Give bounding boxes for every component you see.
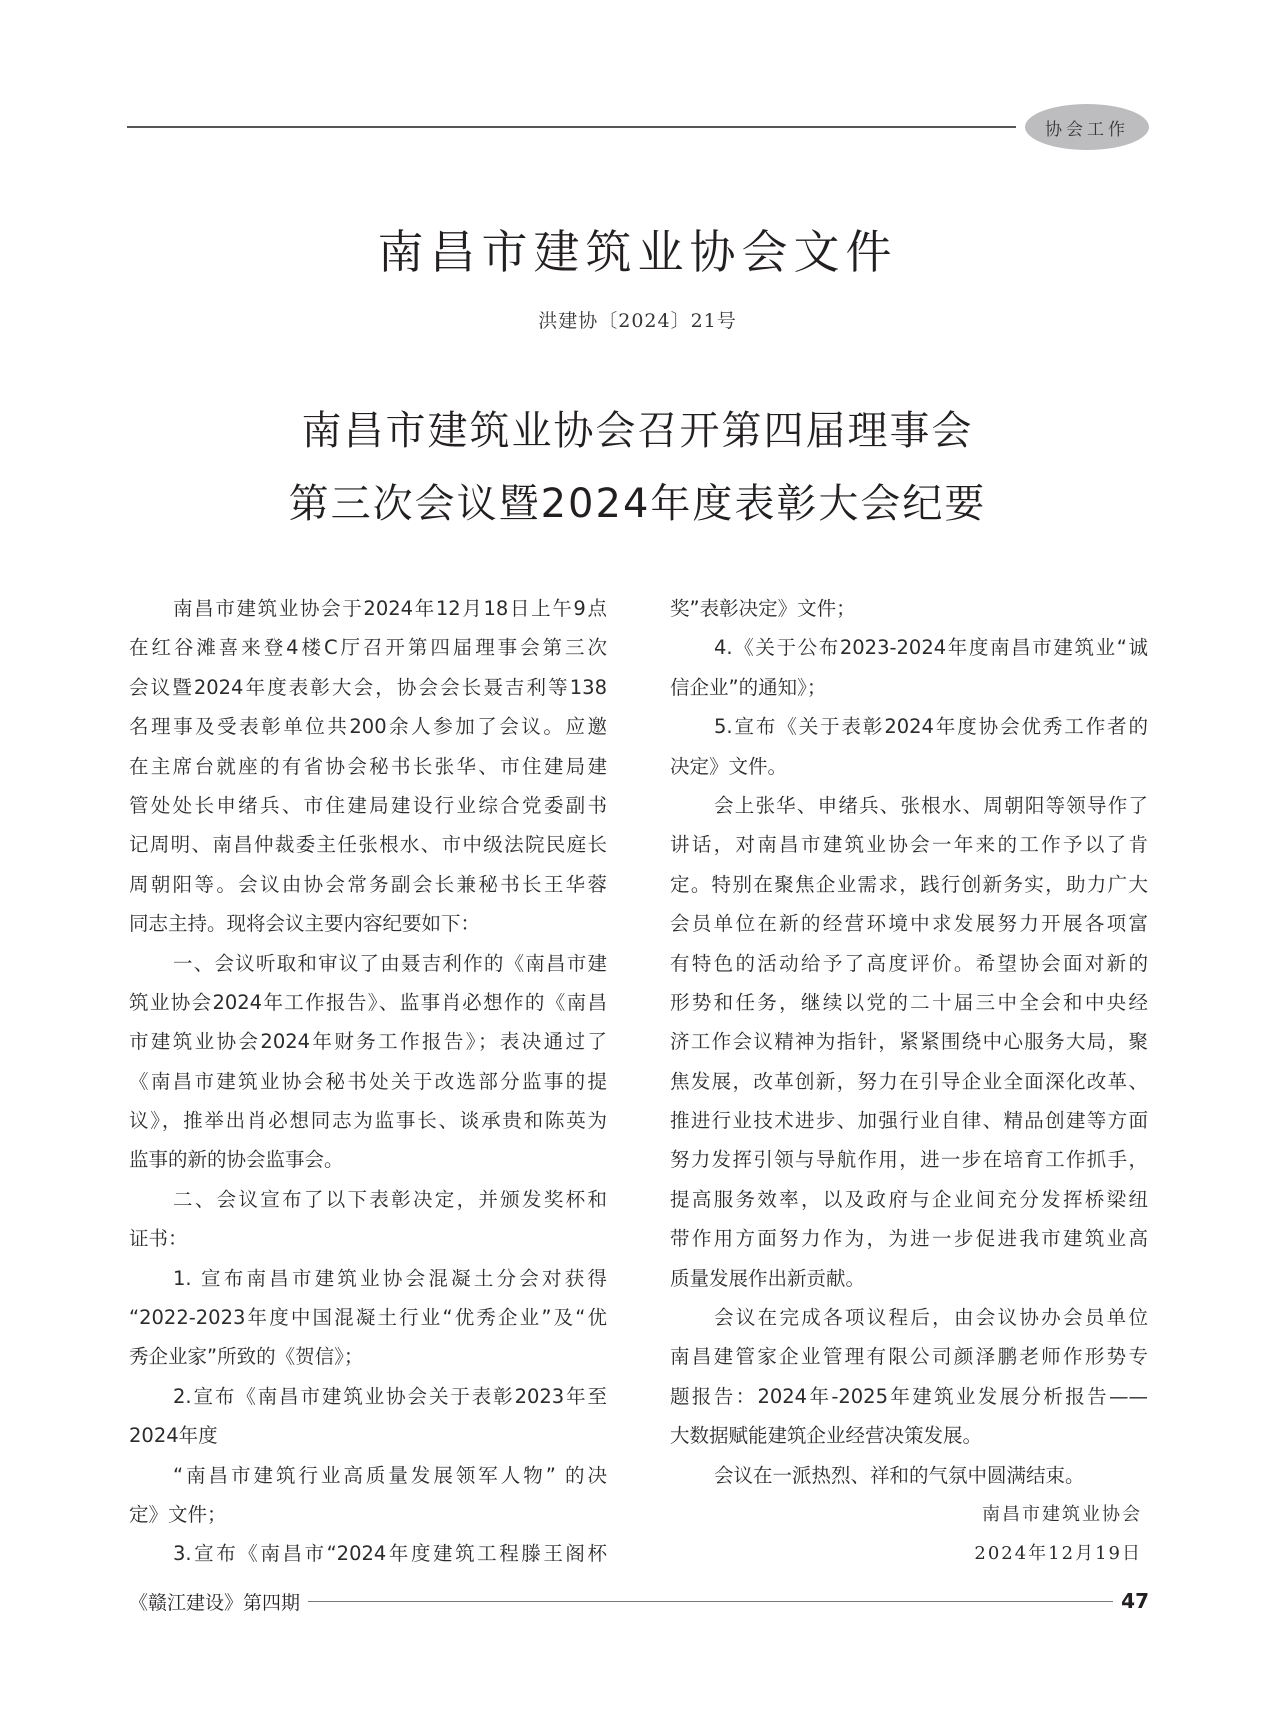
body-line: 会议暨2024年度表彰大会，协会会长聂吉利等138 [129, 668, 607, 707]
body-line: 在红谷滩喜来登4楼C厅召开第四届理事会第三次 [129, 628, 607, 667]
body-line: 定》文件； [129, 1495, 607, 1534]
body-line: 1. 宣布南昌市建筑业协会混凝土分会对获得 [129, 1259, 607, 1298]
body-line: 2024年度 [129, 1416, 607, 1455]
body-line: 提高服务效率，以及政府与企业间充分发挥桥梁纽 [670, 1180, 1148, 1219]
header-rule [127, 126, 1016, 128]
body-line: 2.宣布《南昌市建筑业协会关于表彰2023年至 [129, 1377, 607, 1416]
body-line: 会议在完成各项议程后，由会议协办会员单位 [670, 1298, 1148, 1337]
body-line: 会上张华、申绪兵、张根水、周朝阳等领导作了 [670, 786, 1148, 825]
body-line: 记周明、南昌仲裁委主任张根水、市中级法院民庭长 [129, 825, 607, 864]
body-line: 信企业”的通知》； [670, 668, 1148, 707]
headline-line-1: 南昌市建筑业协会召开第四届理事会 [0, 395, 1275, 468]
body-line: 会议在一派热烈、祥和的气氛中圆满结束。 [670, 1456, 1148, 1495]
page-number: 47 [1121, 1589, 1149, 1613]
body-line: 努力发挥引领与导航作用，进一步在培育工作抓手， [670, 1140, 1148, 1179]
page-footer: 《赣江建设》第四期 47 [129, 1586, 1149, 1616]
signature-date: 2024年12月19日 [670, 1534, 1148, 1573]
body-line: 质量发展作出新贡献。 [670, 1259, 1148, 1298]
body-line: 大数据赋能建筑企业经营决策发展。 [670, 1416, 1148, 1455]
body-line: 4.《关于公布2023-2024年度南昌市建筑业“诚 [670, 628, 1148, 667]
body-line: 一、会议听取和审议了由聂吉利作的《南昌市建 [129, 944, 607, 983]
body-line: 奖”表彰决定》文件； [670, 589, 1148, 628]
body-column-right: 奖”表彰决定》文件；4.《关于公布2023-2024年度南昌市建筑业“诚信企业”… [670, 589, 1148, 1574]
headline-line-2: 第三次会议暨2024年度表彰大会纪要 [0, 468, 1275, 541]
footer-rule [308, 1601, 1113, 1602]
section-label: 协会工作 [1045, 115, 1129, 140]
body-line: 《南昌市建筑业协会秘书处关于改选部分监事的提 [129, 1062, 607, 1101]
section-badge: 协会工作 [1025, 104, 1149, 150]
body-line: 3.宣布《南昌市“2024年度建筑工程滕王阁杯 [129, 1534, 607, 1573]
body-line: 在主席台就座的有省协会秘书长张华、市住建局建 [129, 747, 607, 786]
body-line: 秀企业家”所致的《贺信》； [129, 1337, 607, 1376]
body-line: 筑业协会2024年工作报告》、监事肖必想作的《南昌 [129, 983, 607, 1022]
body-line: 名理事及受表彰单位共200余人参加了会议。应邀 [129, 707, 607, 746]
body-line: 南昌市建筑业协会于2024年12月18日上午9点 [129, 589, 607, 628]
doc-number: 洪建协〔2024〕21号 [0, 306, 1275, 333]
body-line: “南昌市建筑行业高质量发展领军人物” 的决 [129, 1456, 607, 1495]
body-line: 会员单位在新的经营环境中求发展努力开展各项富 [670, 904, 1148, 943]
body-line: 济工作会议精神为指针，紧紧围绕中心服务大局，聚 [670, 1022, 1148, 1061]
body-line: 定。特别在聚焦企业需求，践行创新务实，助力广大 [670, 865, 1148, 904]
body-line: 监事的新的协会监事会。 [129, 1140, 607, 1179]
issuer-title: 南昌市建筑业协会文件 [0, 222, 1275, 282]
body-line: 带作用方面努力作为，为进一步促进我市建筑业高 [670, 1219, 1148, 1258]
body-line: 市建筑业协会2024年财务工作报告》；表决通过了 [129, 1022, 607, 1061]
body-line: 有特色的活动给予了高度评价。希望协会面对新的 [670, 944, 1148, 983]
body-column-left: 南昌市建筑业协会于2024年12月18日上午9点在红谷滩喜来登4楼C厅召开第四届… [129, 589, 607, 1574]
journal-name: 《赣江建设》第四期 [129, 1588, 300, 1615]
body-line: 二、会议宣布了以下表彰决定，并颁发奖杯和 [129, 1180, 607, 1219]
signature-organization: 南昌市建筑业协会 [670, 1495, 1148, 1534]
body-line: 议》，推举出肖必想同志为监事长、谈承贵和陈英为 [129, 1101, 607, 1140]
body-line: 证书： [129, 1219, 607, 1258]
body-line: 推进行业技术进步、加强行业自律、精品创建等方面 [670, 1101, 1148, 1140]
body-line: “2022-2023年度中国混凝土行业“优秀企业”及“优 [129, 1298, 607, 1337]
body-line: 焦发展，改革创新，努力在引导企业全面深化改革、 [670, 1062, 1148, 1101]
body-line: 讲话，对南昌市建筑业协会一年来的工作予以了肯 [670, 825, 1148, 864]
body-line: 同志主持。现将会议主要内容纪要如下： [129, 904, 607, 943]
body-line: 决定》文件。 [670, 747, 1148, 786]
body-line: 形势和任务，继续以党的二十届三中全会和中央经 [670, 983, 1148, 1022]
body-line: 周朝阳等。会议由协会常务副会长兼秘书长王华蓉 [129, 865, 607, 904]
body-line: 管处处长申绪兵、市住建局建设行业综合党委副书 [129, 786, 607, 825]
body-line: 南昌建管家企业管理有限公司颜泽鹏老师作形势专 [670, 1337, 1148, 1376]
article-headline: 南昌市建筑业协会召开第四届理事会 第三次会议暨2024年度表彰大会纪要 [0, 395, 1275, 541]
body-line: 5.宣布《关于表彰2024年度协会优秀工作者的 [670, 707, 1148, 746]
body-line: 题报告：2024年-2025年建筑业发展分析报告—— [670, 1377, 1148, 1416]
